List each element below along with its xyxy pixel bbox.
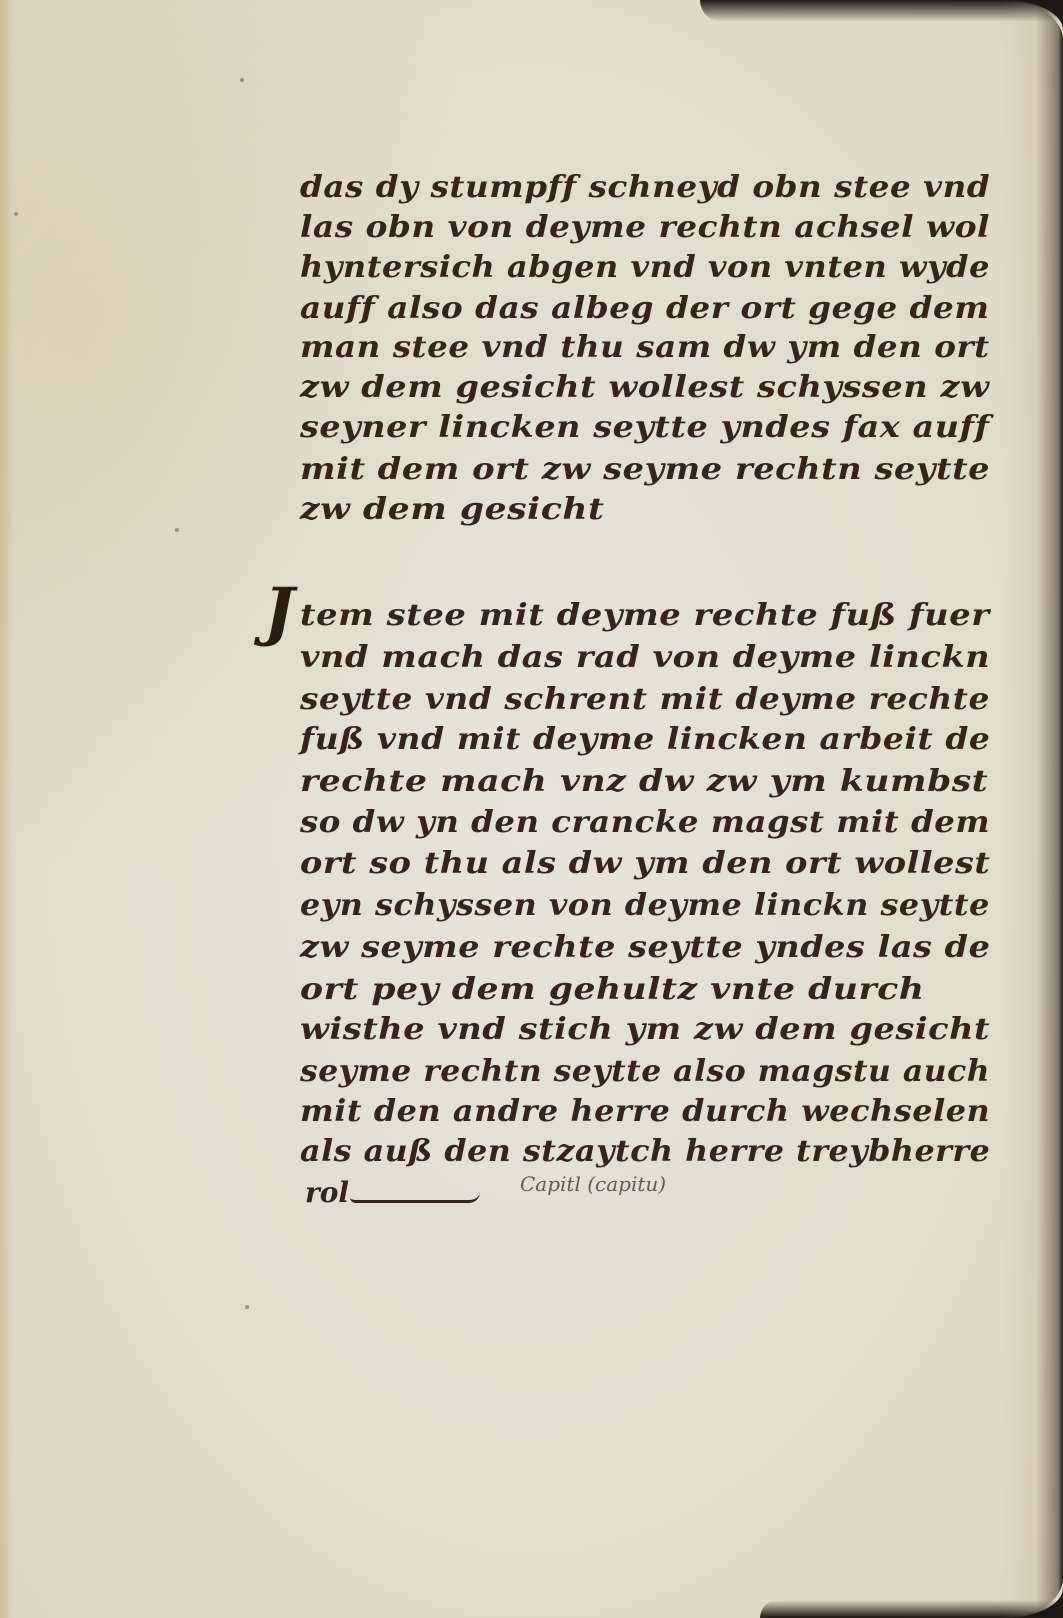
- text-line: zw dem gesicht wollest schyssen zw: [300, 370, 990, 405]
- text-line: mit dem ort zw seyme rechtn seytte: [300, 452, 990, 487]
- marginal-annotation: Capitl (capitu): [520, 1172, 666, 1196]
- text-line: seyner lincken seytte yndes fax auff: [300, 410, 990, 445]
- text-line: wisthe vnd stich ym zw dem gesicht: [300, 1012, 990, 1047]
- page-curl-edge: [1003, 0, 1063, 1618]
- text-line: hyntersich abgen vnd von vnten wyde: [300, 250, 990, 285]
- text-line: seytte vnd schrent mit deyme rechte: [300, 682, 990, 717]
- text-line: vnd mach das rad von deyme linckn: [300, 640, 990, 675]
- text-line: auff also das albeg der ort gege dem: [300, 291, 990, 326]
- text-line: man stee vnd thu sam dw ym den ort: [300, 330, 990, 365]
- text-line: las obn von deyme rechtn achsel wol: [300, 210, 990, 245]
- text-line: als auß den stzaytch herre treybherre: [300, 1134, 990, 1169]
- text-line: zw seyme rechte seytte yndes las de: [300, 930, 990, 965]
- text-line: zw dem gesicht: [300, 492, 605, 527]
- parchment-spot: [14, 212, 18, 216]
- text-line: das dy stumpff schneyd obn stee vnd: [300, 170, 990, 205]
- decorated-initial: J: [264, 574, 294, 649]
- text-line: eyn schyssen von deyme linckn seytte: [300, 888, 990, 923]
- text-line: tem stee mit deyme rechte fuß fuer: [300, 598, 990, 633]
- parchment-spot: [175, 528, 179, 532]
- text-line: fuß vnd mit deyme lincken arbeit de: [300, 722, 990, 757]
- parchment-spot: [240, 78, 244, 82]
- final-word: rol: [305, 1176, 349, 1209]
- text-line: rechte mach vnz dw zw ym kumbst: [300, 764, 988, 799]
- manuscript-page: das dy stumpff schneyd obn stee vnd las …: [0, 0, 1063, 1618]
- text-line: so dw yn den crancke magst mit dem: [300, 805, 990, 840]
- text-line: ort so thu als dw ym den ort wollest: [300, 846, 990, 881]
- page-left-edge-stain: [0, 0, 14, 1618]
- parchment-spot: [245, 1305, 249, 1309]
- text-line: mit den andre herre durch wechselen: [300, 1094, 990, 1129]
- line-filler-flourish: [350, 1192, 480, 1203]
- text-line: seyme rechtn seytte also magstu auch: [300, 1054, 990, 1089]
- text-line: ort pey dem gehultz vnte durch: [300, 972, 925, 1007]
